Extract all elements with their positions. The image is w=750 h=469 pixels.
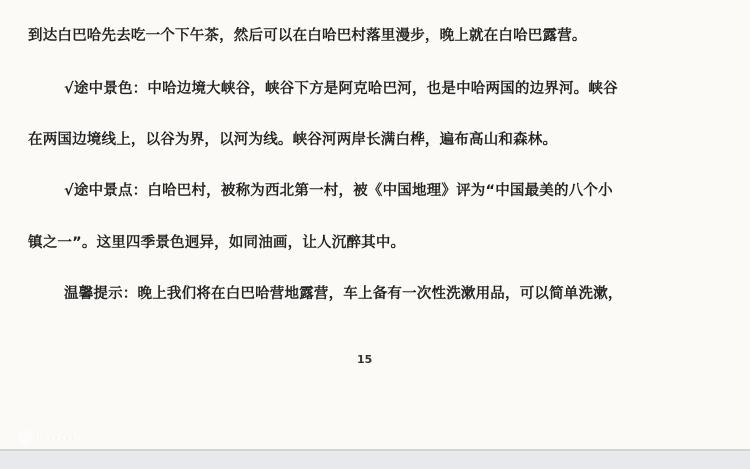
viewer-background [0, 451, 750, 469]
watermark: klook [18, 428, 83, 446]
paragraph-line: 在两国边境线上，以谷为界，以河为线。峡谷河两岸长满白桦，遍布高山和森林。 [28, 128, 557, 149]
watermark-text: klook [35, 428, 83, 446]
paragraph-line: √途中景点：白哈巴村，被称为西北第一村，被《中国地理》评为“中国最美的八个小 [64, 179, 613, 200]
paragraph-line: √途中景色：中哈边境大峡谷，峡谷下方是阿克哈巴河，也是中哈两国的边界河。峡谷 [64, 77, 618, 98]
paragraph-line: 到达白巴哈先去吃一个下午茶，然后可以在白哈巴村落里漫步，晚上就在白哈巴露营。 [28, 24, 587, 45]
paragraph-line: 镇之一”。这里四季景色迥异，如同油画，让人沉醉其中。 [28, 231, 405, 252]
page-number: 15 [357, 353, 372, 366]
paragraph-line: 温馨提示：晚上我们将在白巴哈营地露营，车上备有一次性洗漱用品，可以简单洗漱， [64, 282, 623, 303]
logo-icon [18, 430, 32, 444]
document-page: 到达白巴哈先去吃一个下午茶，然后可以在白哈巴村落里漫步，晚上就在白哈巴露营。 √… [0, 0, 750, 451]
